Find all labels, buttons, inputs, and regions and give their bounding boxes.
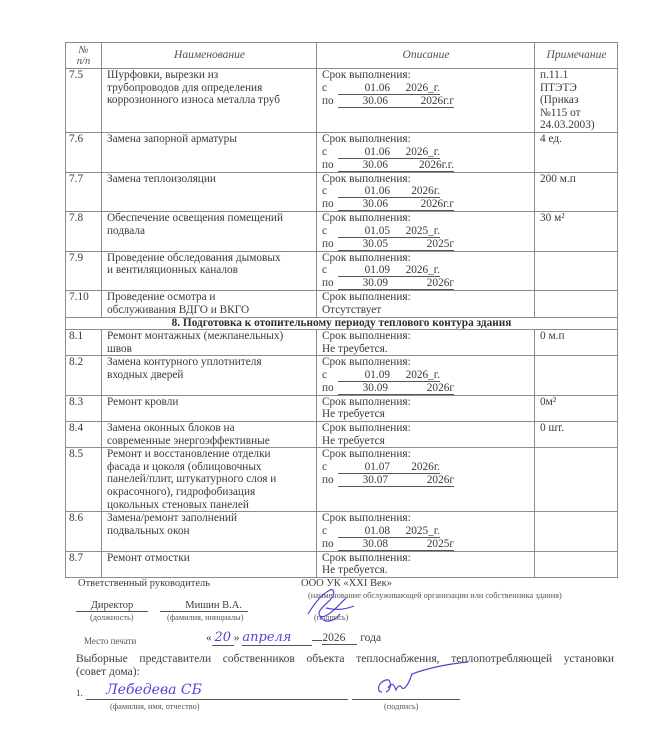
row-note-line: 30 м²: [540, 212, 613, 225]
table-row: 7.8Обеспечение освещения помещенийподвал…: [66, 212, 618, 252]
row-number: 7.5: [66, 69, 102, 133]
deadline-from-line: с01.052025_г.: [322, 225, 530, 238]
seal-label: Место печати: [84, 636, 136, 646]
row-number: 8.6: [66, 512, 102, 552]
table-row: 8.5Ремонт и восстановление отделкифасада…: [66, 448, 618, 512]
row-description: Срок выполнения:с01.092026_г.по30.092026…: [317, 251, 535, 291]
deadline-to-year: 2026г.г: [388, 199, 454, 211]
deadline-from-line: с01.092026_г.: [322, 369, 530, 382]
deadline-from-line: с01.062026_г.: [322, 146, 530, 159]
row-note: [535, 291, 618, 317]
deadline-from-date: 01.09: [338, 265, 390, 277]
table-row: 7.6Замена запорной арматурыСрок выполнен…: [66, 132, 618, 172]
deadline-from-prefix: с: [322, 82, 338, 95]
row-name-line: Ремонт монтажных (межпанельных): [107, 330, 312, 343]
deadline-from-line: с01.062026_г.: [322, 82, 530, 95]
row-name-line: Проведение обследования дымовых: [107, 252, 312, 265]
table-row: 8.7Ремонт отмосткиСрок выполнения:Не тре…: [66, 551, 618, 577]
deadline-from-prefix: с: [322, 525, 338, 538]
table-row: 7.9Проведение обследования дымовыхи вент…: [66, 251, 618, 291]
row-number: 8.4: [66, 422, 102, 448]
deadline-to-prefix: по: [322, 159, 338, 172]
row-name: Замена/ремонт заполненийподвальных окон: [102, 512, 317, 552]
deadline-from-line: с01.082025_г.: [322, 525, 530, 538]
deadline-to-line: по30.082025г: [322, 538, 530, 551]
representative-name-handwritten: Лебедева СБ: [106, 682, 202, 698]
row-name-line: обслуживания ВДГО и ВКГО: [107, 304, 312, 317]
deadline-label: Срок выполнения:: [322, 133, 530, 146]
deadline-to-date: 30.06: [338, 160, 388, 172]
deadline-from-year: 2025_г.: [390, 226, 440, 238]
row-note: 0 м.п: [535, 330, 618, 356]
representative-index: 1.: [76, 688, 83, 698]
row-name: Замена теплоизоляции: [102, 172, 317, 212]
row-name-line: Шурфовки, вырезки из: [107, 69, 312, 82]
representatives-text-line2: (совет дома):: [76, 666, 140, 678]
position-field: Директор: [76, 600, 148, 612]
row-note-line: 24.03.2003): [540, 119, 613, 132]
row-description: Срок выполнения:Отсутствует: [317, 291, 535, 317]
deadline-label: Срок выполнения:: [322, 291, 530, 304]
row-note: [535, 356, 618, 396]
row-note: 4 ед.: [535, 132, 618, 172]
row-description: Срок выполнения:Не треубется.: [317, 330, 535, 356]
row-note-line: 200 м.п: [540, 173, 613, 186]
deadline-to-prefix: по: [322, 277, 338, 290]
row-note: 0м²: [535, 395, 618, 421]
date-suffix: года: [360, 632, 381, 644]
row-name: Ремонт отмостки: [102, 551, 317, 577]
row-number: 7.8: [66, 212, 102, 252]
deadline-label: Срок выполнения:: [322, 552, 530, 565]
deadline-from-prefix: с: [322, 461, 338, 474]
date-day: 20: [212, 630, 234, 646]
row-number: 7.7: [66, 172, 102, 212]
row-description: Срок выполнения:с01.072026г.по30.072026г: [317, 448, 535, 512]
row-note-line: 0 шт.: [540, 422, 613, 435]
deadline-to-date: 30.06: [338, 96, 388, 108]
deadline-to-line: по30.062026г.г: [322, 95, 530, 108]
deadline-from-date: 01.06: [338, 186, 390, 198]
deadline-from-date: 01.08: [338, 526, 390, 538]
row-number: 7.6: [66, 132, 102, 172]
deadline-label: Срок выполнения:: [322, 330, 530, 343]
header-description: Описание: [317, 43, 535, 69]
representatives-text-line1: Выборные представители собственников объ…: [76, 653, 614, 665]
row-description: Срок выполнения:с01.052025_г.по30.052025…: [317, 212, 535, 252]
row-description: Срок выполнения:с01.092026_г.по30.092026…: [317, 356, 535, 396]
row-description: Срок выполнения:с01.082025_г.по30.082025…: [317, 512, 535, 552]
deadline-label: Срок выполнения:: [322, 69, 530, 82]
row-name: Проведение обследования дымовыхи вентиля…: [102, 251, 317, 291]
table-row: 7.10Проведение осмотра иобслуживания ВДГ…: [66, 291, 618, 317]
deadline-text: Не требуется: [322, 408, 530, 421]
deadline-text: Не треубется.: [322, 343, 530, 356]
deadline-from-year: 2025_г.: [390, 526, 440, 538]
deadline-from-line: с01.072026г.: [322, 461, 530, 474]
deadline-to-prefix: по: [322, 198, 338, 211]
deadline-to-year: 2026г: [388, 475, 454, 487]
position-caption: (должность): [90, 613, 134, 622]
row-note: [535, 551, 618, 577]
name-field: Мишин В.А.: [160, 600, 248, 612]
deadline-from-prefix: с: [322, 264, 338, 277]
deadline-to-line: по30.072026г: [322, 474, 530, 487]
row-number: 8.2: [66, 356, 102, 396]
row-description: Срок выполнения:с01.062026_г.по30.062026…: [317, 69, 535, 133]
row-note-line: 0м²: [540, 396, 613, 409]
section-8-title: 8. Подготовка к отопительному периоду те…: [66, 317, 618, 330]
row-number: 8.5: [66, 448, 102, 512]
table-row: 8.1Ремонт монтажных (межпанельных)швовСр…: [66, 330, 618, 356]
deadline-from-date: 01.06: [338, 147, 390, 159]
deadline-to-year: 2026г.г: [388, 96, 454, 108]
deadline-to-prefix: по: [322, 538, 338, 551]
deadline-label: Срок выполнения:: [322, 448, 530, 461]
deadline-to-year: 2026г.г.: [388, 160, 454, 172]
deadline-to-date: 30.05: [338, 239, 388, 251]
row-name: Ремонт и восстановление отделкифасада и …: [102, 448, 317, 512]
deadline-label: Срок выполнения:: [322, 422, 530, 435]
deadline-label: Срок выполнения:: [322, 396, 530, 409]
deadline-to-prefix: по: [322, 474, 338, 487]
deadline-from-date: 01.05: [338, 226, 390, 238]
row-note: 200 м.п: [535, 172, 618, 212]
header-number: №п/п: [66, 43, 102, 69]
table-row: 8.3Ремонт кровлиСрок выполнения:Не требу…: [66, 395, 618, 421]
row-name-line: и вентиляционных каналов: [107, 264, 312, 277]
row-name: Проведение осмотра иобслуживания ВДГО и …: [102, 291, 317, 317]
row-name-line: современные энергоэффективные: [107, 435, 312, 448]
row-note: п.11.1ПТЭТЭ(Приказ№115 от24.03.2003): [535, 69, 618, 133]
deadline-from-year: 2026г.: [390, 186, 440, 198]
row-name-line: входных дверей: [107, 369, 312, 382]
deadline-from-date: 01.09: [338, 370, 390, 382]
deadline-to-prefix: по: [322, 95, 338, 108]
representative-name-field: Лебедева СБ: [86, 684, 348, 700]
row-name-line: Обеспечение освещения помещений: [107, 212, 312, 225]
row-name-line: Замена теплоизоляции: [107, 173, 312, 186]
header-note: Примечание: [535, 43, 618, 69]
row-name-line: Ремонт и восстановление отделки: [107, 448, 312, 461]
deadline-text: Отсутствует: [322, 304, 530, 317]
row-note: 30 м²: [535, 212, 618, 252]
row-note: [535, 512, 618, 552]
row-name-line: окрасочного), гидрофобизация: [107, 486, 312, 499]
deadline-to-year: 2026г: [388, 383, 454, 395]
deadline-from-prefix: с: [322, 146, 338, 159]
row-description: Срок выполнения:Не требуется.: [317, 551, 535, 577]
deadline-from-year: 2026_г.: [390, 147, 440, 159]
row-name-line: подвальных окон: [107, 525, 312, 538]
deadline-to-date: 30.09: [338, 278, 388, 290]
deadline-label: Срок выполнения:: [322, 212, 530, 225]
deadline-from-year: 2026г.: [390, 462, 440, 474]
table-row: 8.2Замена контурного уплотнителявходных …: [66, 356, 618, 396]
row-description: Срок выполнения:Не требуется: [317, 422, 535, 448]
date-month: апреля: [242, 630, 312, 646]
deadline-label: Срок выполнения:: [322, 356, 530, 369]
responsible-label: Ответственный руководитель: [78, 578, 210, 589]
table-row: 7.7Замена теплоизоляцииСрок выполнения:с…: [66, 172, 618, 212]
director-signature-icon: [300, 584, 360, 628]
row-note-line: п.11.1: [540, 69, 613, 82]
header-name: Наименование: [102, 43, 317, 69]
deadline-to-prefix: по: [322, 382, 338, 395]
row-note: 0 шт.: [535, 422, 618, 448]
deadline-from-prefix: с: [322, 185, 338, 198]
deadline-to-line: по30.092026г: [322, 382, 530, 395]
row-number: 8.7: [66, 551, 102, 577]
date-close-quote: »: [234, 632, 240, 644]
deadline-to-year: 2026г: [388, 278, 454, 290]
row-name-line: фасада и цоколя (облицовочных: [107, 461, 312, 474]
deadline-from-date: 01.06: [338, 83, 390, 95]
deadline-from-line: с01.062026г.: [322, 185, 530, 198]
row-number: 8.1: [66, 330, 102, 356]
deadline-to-date: 30.09: [338, 383, 388, 395]
section-7-rows: 7.5Шурфовки, вырезки изтрубопроводов для…: [66, 69, 618, 318]
row-note: [535, 448, 618, 512]
row-name-line: цокольных стеновых панелей: [107, 499, 312, 512]
deadline-to-line: по30.052025г: [322, 238, 530, 251]
row-description: Срок выполнения:с01.062026_г.по30.062026…: [317, 132, 535, 172]
row-name-line: Ремонт кровли: [107, 396, 312, 409]
representative-name-caption: (фамилия, имя, отчество): [110, 702, 200, 711]
deadline-label: Срок выполнения:: [322, 252, 530, 265]
row-name-line: швов: [107, 343, 312, 356]
row-name-line: коррозионного износа металла труб: [107, 94, 312, 107]
row-name: Замена оконных блоков насовременные энер…: [102, 422, 317, 448]
deadline-to-date: 30.07: [338, 475, 388, 487]
deadline-label: Срок выполнения:: [322, 512, 530, 525]
row-name: Замена запорной арматуры: [102, 132, 317, 172]
row-number: 8.3: [66, 395, 102, 421]
deadline-from-year: 2026_г.: [390, 265, 440, 277]
row-note-line: 4 ед.: [540, 133, 613, 146]
section-8-title-row: 8. Подготовка к отопительному периоду те…: [66, 317, 618, 330]
section-8-rows: 8.1Ремонт монтажных (межпанельных)швовСр…: [66, 330, 618, 578]
row-name-line: Замена/ремонт заполнений: [107, 512, 312, 525]
row-name: Ремонт монтажных (межпанельных)швов: [102, 330, 317, 356]
row-name-line: трубопроводов для определения: [107, 82, 312, 95]
row-note-line: (Приказ: [540, 94, 613, 107]
deadline-to-date: 30.06: [338, 199, 388, 211]
deadline-to-prefix: по: [322, 238, 338, 251]
representative-signature-caption: (подпись): [384, 702, 418, 711]
deadline-to-line: по30.092026г: [322, 277, 530, 290]
representative-signature-icon: [368, 660, 478, 700]
row-note-line: 0 м.п: [540, 330, 613, 343]
table-row: 7.5Шурфовки, вырезки изтрубопроводов для…: [66, 69, 618, 133]
row-name-line: Замена запорной арматуры: [107, 133, 312, 146]
row-name: Ремонт кровли: [102, 395, 317, 421]
deadline-to-line: по30.062026г.г.: [322, 159, 530, 172]
deadline-to-line: по30.062026г.г: [322, 198, 530, 211]
row-name-line: Ремонт отмостки: [107, 552, 312, 565]
row-name: Шурфовки, вырезки изтрубопроводов для оп…: [102, 69, 317, 133]
deadline-to-year: 2025г: [388, 539, 454, 551]
document-date: «20» апреля2026 года: [206, 630, 381, 646]
row-name-line: Проведение осмотра и: [107, 291, 312, 304]
deadline-text: Не требуется.: [322, 564, 530, 577]
deadline-from-line: с01.092026_г.: [322, 264, 530, 277]
deadline-from-date: 01.07: [338, 462, 390, 474]
deadline-text: Не требуется: [322, 435, 530, 448]
row-number: 7.9: [66, 251, 102, 291]
row-name-line: подвала: [107, 225, 312, 238]
row-name-line: Замена оконных блоков на: [107, 422, 312, 435]
deadline-from-year: 2026_г.: [390, 370, 440, 382]
row-name: Замена контурного уплотнителявходных две…: [102, 356, 317, 396]
row-note-line: ПТЭТЭ: [540, 82, 613, 95]
deadline-label: Срок выполнения:: [322, 173, 530, 186]
deadline-to-year: 2025г: [388, 239, 454, 251]
row-note: [535, 251, 618, 291]
row-name-line: панелей/плит, штукатурного слоя и: [107, 473, 312, 486]
work-plan-table: №п/п Наименование Описание Примечание 7.…: [65, 42, 618, 578]
row-description: Срок выполнения:с01.062026г.по30.062026г…: [317, 172, 535, 212]
deadline-from-prefix: с: [322, 225, 338, 238]
deadline-to-date: 30.08: [338, 539, 388, 551]
table-header-row: №п/п Наименование Описание Примечание: [66, 43, 618, 69]
date-year: 2026: [322, 632, 345, 645]
deadline-from-prefix: с: [322, 369, 338, 382]
name-caption: (фамилия, инициалы): [167, 613, 244, 622]
row-name: Обеспечение освещения помещенийподвала: [102, 212, 317, 252]
row-description: Срок выполнения:Не требуется: [317, 395, 535, 421]
deadline-from-year: 2026_г.: [390, 83, 440, 95]
row-name-line: Замена контурного уплотнителя: [107, 356, 312, 369]
row-note-line: №115 от: [540, 107, 613, 120]
table-row: 8.4Замена оконных блоков насовременные э…: [66, 422, 618, 448]
row-number: 7.10: [66, 291, 102, 317]
table-row: 8.6Замена/ремонт заполненийподвальных ок…: [66, 512, 618, 552]
